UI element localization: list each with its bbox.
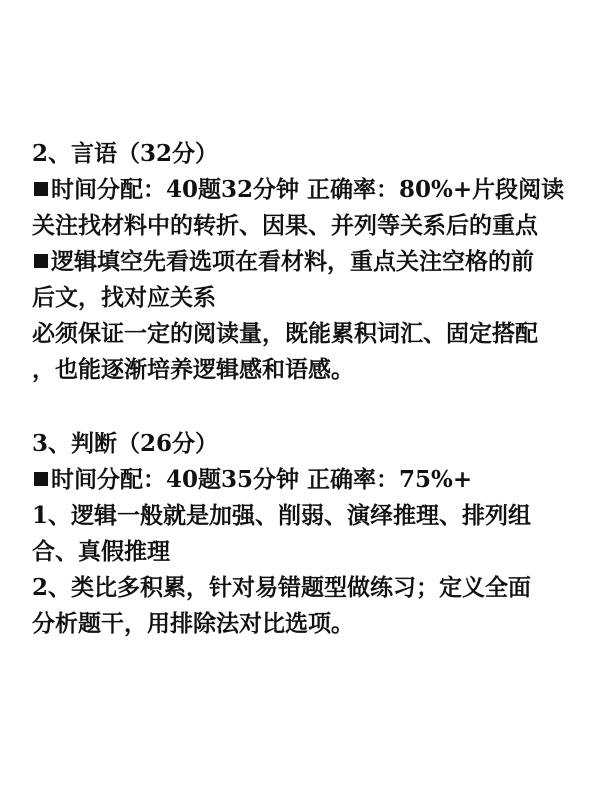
verbal-reading-volume-tip: 必须保证一定的阅读量，既能累积词汇、固定搭配 (32, 316, 577, 352)
verbal-fill-blank-tip-cont: 后文，找对应关系 (32, 280, 577, 316)
judgment-logic-tip-cont: 合、真假推理 (32, 534, 577, 570)
section-verbal: 2、言语（32分） 时间分配：40题32分钟 正确率：80%+片段阅读 关注找材… (32, 136, 577, 388)
section-heading-verbal: 2、言语（32分） (32, 136, 577, 172)
section-judgment: 3、判断（26分） 时间分配：40题35分钟 正确率：75%+ 1、逻辑一般就是… (32, 426, 577, 642)
judgment-logic-tip: 1、逻辑一般就是加强、削弱、演绎推理、排列组 (32, 498, 577, 534)
document-body: 2、言语（32分） 时间分配：40题32分钟 正确率：80%+片段阅读 关注找材… (32, 136, 577, 642)
verbal-fill-blank-tip: 逻辑填空先看选项在看材料，重点关注空格的前 (32, 244, 577, 280)
judgment-time-allocation: 时间分配：40题35分钟 正确率：75%+ (32, 462, 577, 498)
square-bullet-icon (34, 182, 48, 196)
verbal-time-allocation: 时间分配：40题32分钟 正确率：80%+片段阅读 (32, 172, 577, 208)
square-bullet-icon (34, 254, 48, 268)
judgment-analogy-tip: 2、类比多积累，针对易错题型做练习；定义全面 (32, 570, 577, 606)
section-heading-judgment: 3、判断（26分） (32, 426, 577, 462)
judgment-analogy-tip-cont: 分析题干，用排除法对比选项。 (32, 606, 577, 642)
section-spacer (32, 388, 577, 426)
verbal-reading-volume-tip-cont: ，也能逐渐培养逻辑感和语感。 (32, 352, 577, 388)
square-bullet-icon (34, 472, 48, 486)
verbal-reading-tip: 关注找材料中的转折、因果、并列等关系后的重点 (32, 208, 577, 244)
